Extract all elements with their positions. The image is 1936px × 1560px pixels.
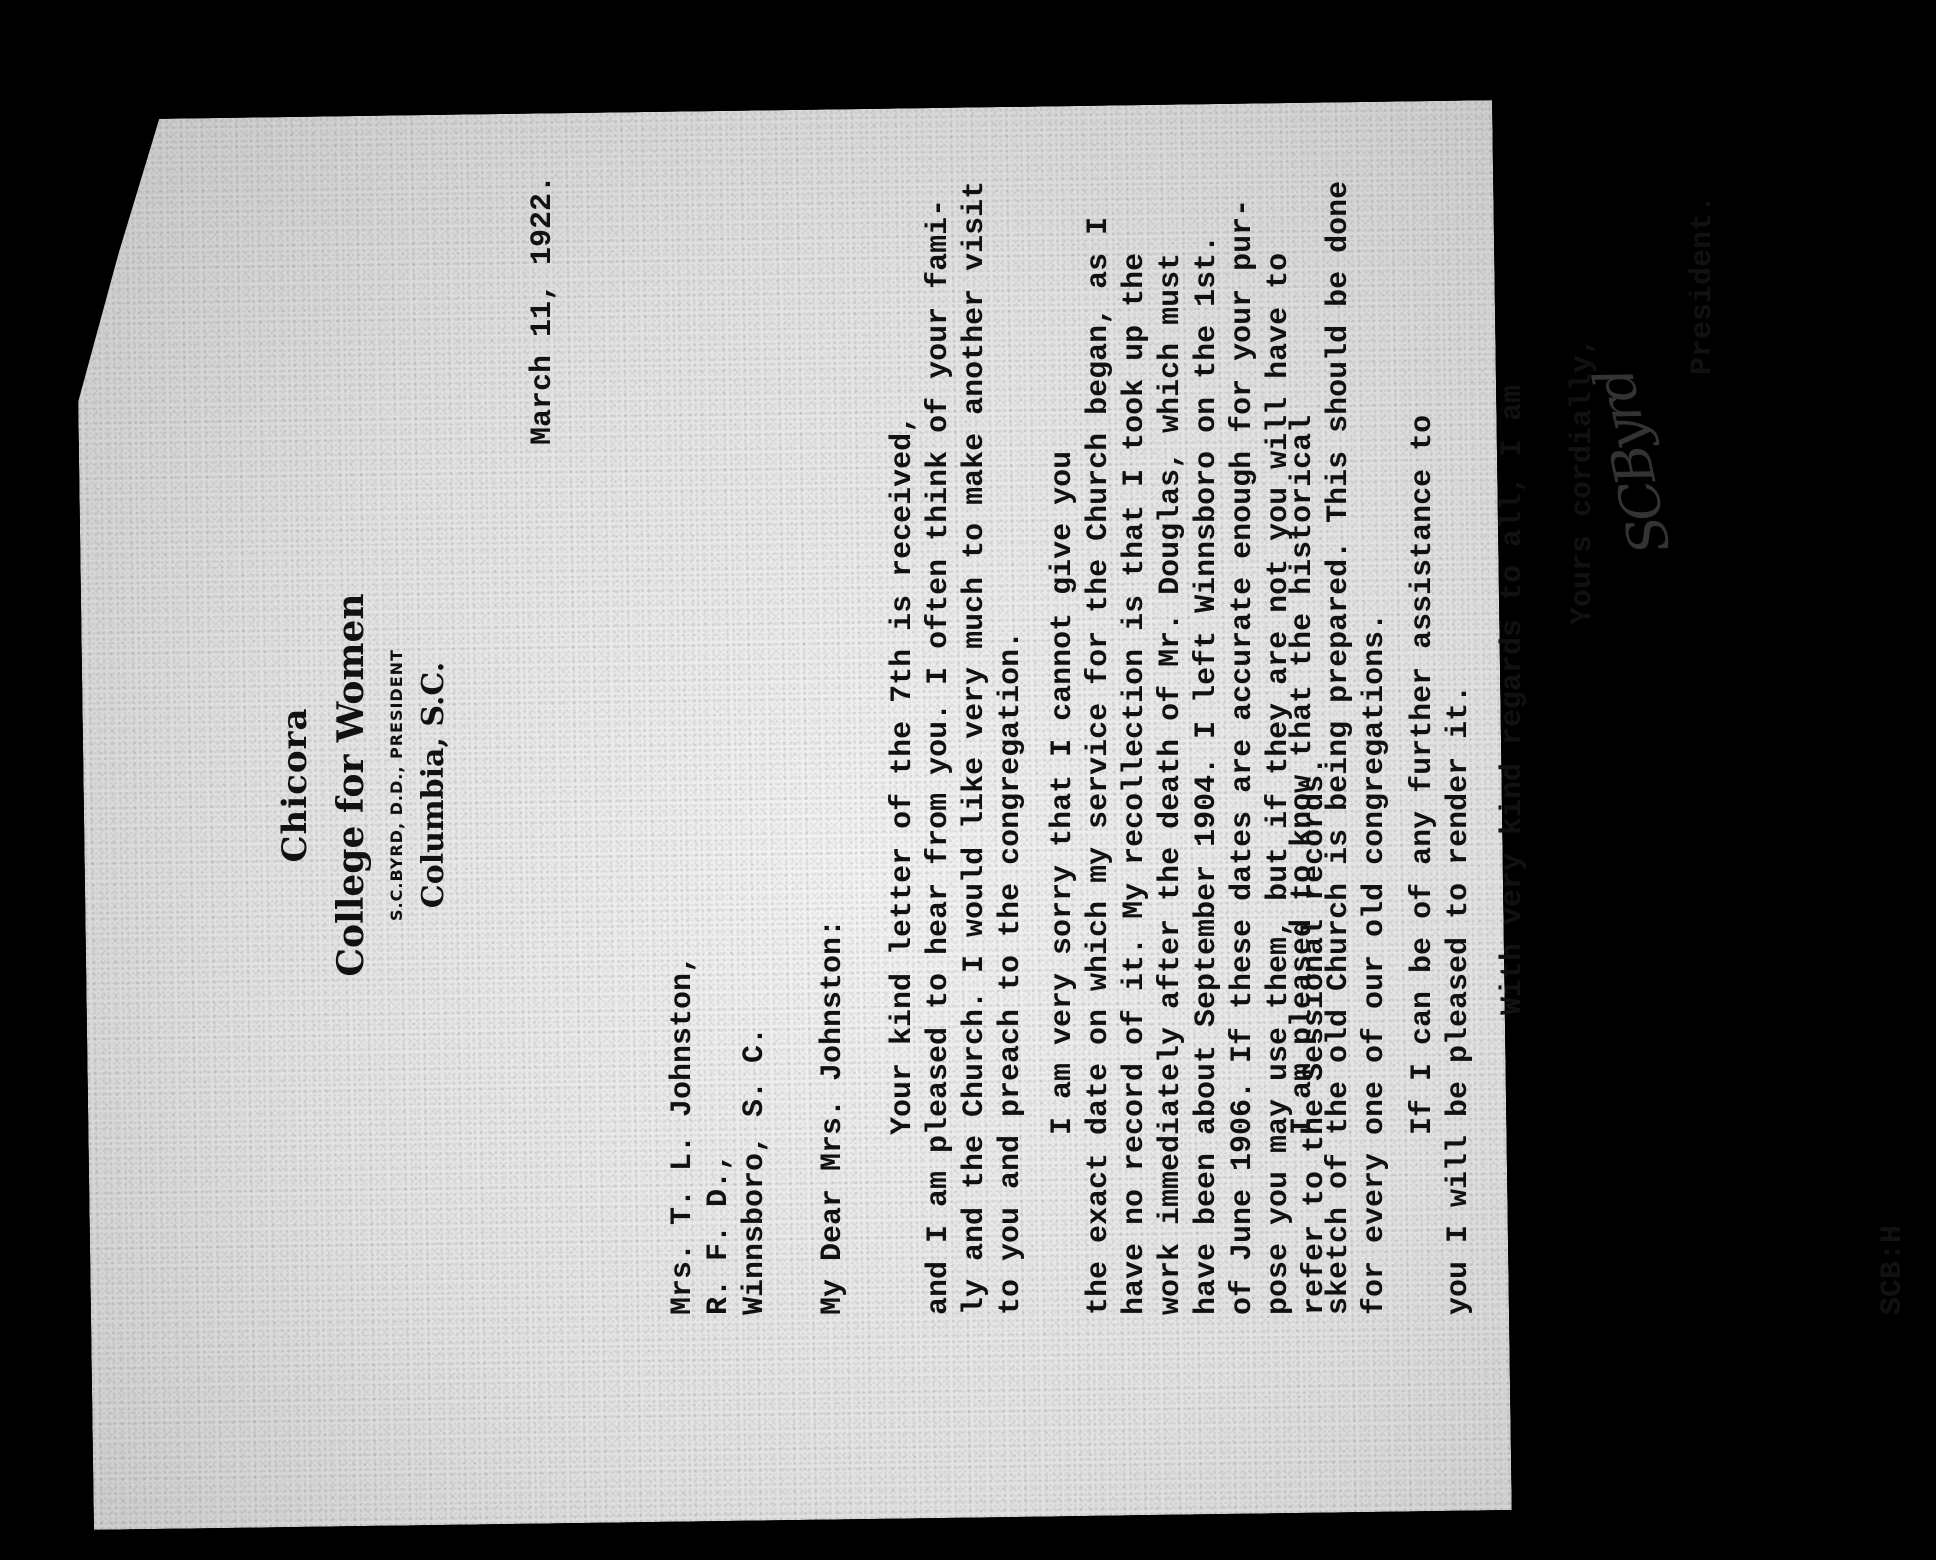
letterhead-president: S.C.BYRD, D.D., PRESIDENT [387,595,407,975]
letterhead-institution-line1: Chicora [275,635,315,935]
handwritten-signature: SCByrd [1596,368,1670,556]
paragraph-4: If I can be of any further assistance to… [1405,415,1477,1315]
letterhead-institution-line2: College for Women [330,545,372,1025]
letter-date: March 11, 1922. [525,175,561,445]
signer-title: President. [1685,195,1721,375]
recipient-name: Mrs. T. L. Johnston, [665,955,701,1315]
recipient-route: R. F. D., [701,955,737,1315]
closing-regards: With very kind regards to all, I am [1495,385,1531,1015]
salutation: My Dear Mrs. Johnston: [815,919,851,1315]
paragraph-3: I am pleased to know that the historical… [1285,181,1393,1315]
paragraph-1: Your kind letter of the 7th is received,… [885,181,1029,1315]
recipient-address: Mrs. T. L. Johnston, R. F. D., Winnsboro… [665,955,773,1315]
letter-body: Chicora College for Women S.C.BYRD, D.D.… [125,115,1455,1455]
reference-initials: SCB:H [1875,1225,1911,1315]
letterhead-city: Columbia, S.C. [417,635,451,935]
recipient-city: Winnsboro, S. C. [737,955,773,1315]
